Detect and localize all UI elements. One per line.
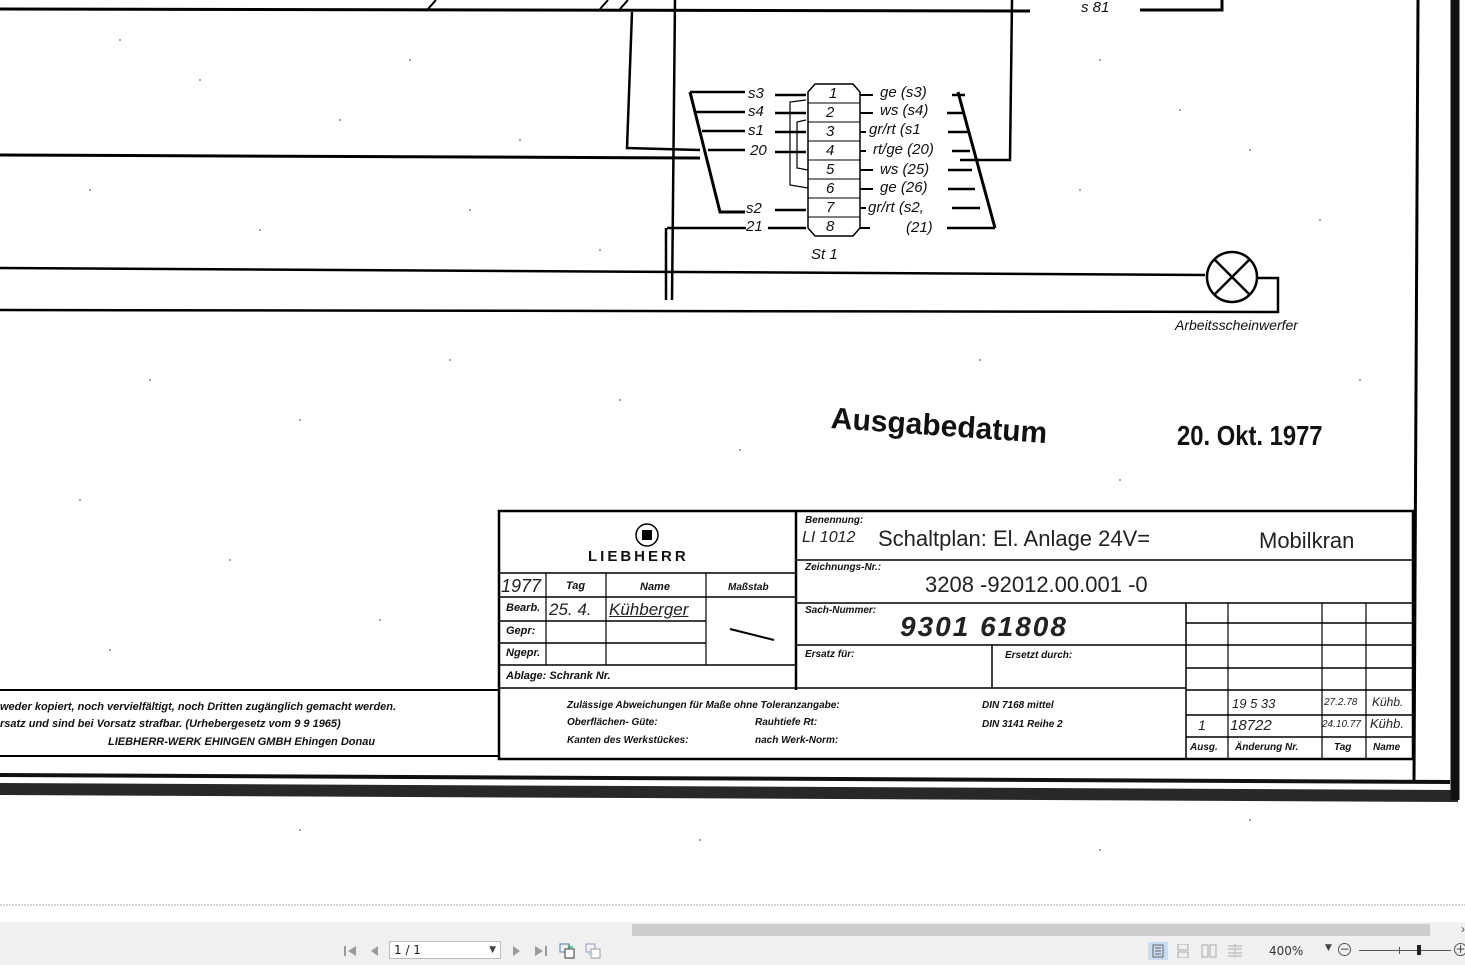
top-wire-label: s 81	[1081, 0, 1109, 15]
plus-icon: +	[1455, 942, 1465, 956]
wire-label: s3	[748, 86, 764, 101]
wire-label: 20	[750, 143, 767, 158]
next-page-icon	[512, 945, 522, 957]
next-view-button[interactable]	[584, 942, 602, 960]
schematic-drawing	[0, 0, 1465, 922]
pin-number: 2	[826, 105, 834, 120]
pin-number: 7	[826, 200, 834, 215]
horizontal-scrollbar[interactable]: ›	[0, 922, 1465, 937]
wire-color-label: gr/rt (s1	[869, 122, 921, 137]
scroll-right-arrow-icon[interactable]: ›	[1461, 922, 1465, 936]
stamp-date: 20. Okt. 1977	[1177, 422, 1323, 450]
scrollbar-thumb[interactable]	[632, 924, 1430, 936]
tolerance-value-1: DIN 7168 mittel	[982, 701, 1054, 711]
single-page-view-button[interactable]	[1148, 942, 1168, 960]
single-page-icon	[1152, 944, 1164, 958]
revision-name: Kühb.	[1370, 717, 1404, 730]
ablage: Ablage: Schrank Nr.	[506, 671, 611, 682]
revision-number: 19 5 33	[1232, 697, 1275, 710]
benennung-model: LI 1012	[802, 530, 855, 546]
status-bar: 1 / 1 ▼ 400% ▼ − +	[0, 937, 1465, 965]
next-page-button[interactable]	[510, 942, 524, 960]
revision-ausg: 1	[1198, 718, 1206, 732]
benennung-value: Schaltplan: El. Anlage 24V=	[878, 528, 1150, 550]
rev-header-aenderung: Änderung Nr.	[1235, 743, 1298, 753]
zoom-level[interactable]: 400%	[1269, 944, 1303, 958]
ersetzt-durch: Ersetzt durch:	[1005, 651, 1072, 661]
bearb-date: 25. 4.	[549, 601, 592, 618]
company-logo: LIEBHERR	[588, 549, 689, 564]
wire-label: s4	[748, 104, 764, 119]
ersatz-fuer: Ersatz für:	[805, 650, 854, 660]
row-gepr: Gepr:	[506, 626, 535, 637]
dropdown-caret-icon: ▼	[489, 942, 496, 958]
zeichnungs-label: Zeichnungs-Nr.:	[805, 563, 881, 573]
tolerance-value-2: DIN 3141 Reihe 2	[982, 720, 1063, 730]
tolerance-line-2: Oberflächen- Güte:	[567, 718, 658, 728]
wire-color-label: (21)	[906, 220, 933, 235]
wire-label: s2	[746, 201, 762, 216]
last-page-icon	[534, 945, 548, 957]
zoom-dropdown-icon[interactable]: ▼	[1325, 943, 1332, 953]
zeichnungs-number: 3208 -92012.00.001 -0	[925, 574, 1148, 596]
zoom-out-button[interactable]: −	[1338, 943, 1351, 956]
minus-icon: −	[1339, 942, 1349, 956]
first-page-icon	[343, 945, 357, 957]
rev-header-tag: Tag	[1334, 743, 1351, 753]
col-name: Name	[640, 582, 670, 593]
last-page-button[interactable]	[533, 942, 549, 960]
wire-color-label: rt/ge (20)	[873, 142, 934, 157]
sach-number: 9301 61808	[900, 613, 1068, 641]
slider-tick	[1399, 947, 1400, 954]
col-tag: Tag	[566, 581, 585, 592]
continuous-view-button[interactable]	[1173, 942, 1193, 960]
previous-view-icon	[559, 943, 575, 959]
zoom-slider[interactable]	[1359, 950, 1451, 951]
page-number-select[interactable]: 1 / 1 ▼	[389, 941, 501, 959]
previous-page-button[interactable]	[367, 942, 381, 960]
zoom-in-button[interactable]: +	[1454, 943, 1465, 956]
pin-number: 6	[826, 181, 834, 196]
benennung-label: Benennung:	[805, 516, 863, 526]
continuous-facing-icon	[1227, 944, 1243, 958]
pin-number: 3	[826, 124, 834, 139]
pin-number: 1	[829, 86, 837, 101]
tolerance-mid-2: Rauhtiefe Rt:	[755, 718, 817, 728]
previous-page-icon	[369, 945, 379, 957]
row-ngepr: Ngepr.	[506, 648, 540, 659]
pin-number: 4	[826, 143, 834, 158]
lamp-label: Arbeitsscheinwerfer	[1175, 318, 1298, 332]
rev-header-name: Name	[1373, 743, 1400, 753]
continuous-page-icon	[1177, 944, 1189, 958]
col-scale: Maßstab	[728, 583, 769, 593]
document-viewport[interactable]: s 81 s3 s4 s1 20 s2 21 1 2 3 4 5 6 7 8 S…	[0, 0, 1465, 922]
revision-number: 18722	[1230, 718, 1272, 733]
wire-color-label: ge (s3)	[880, 85, 927, 100]
rev-header-ausg: Ausg.	[1190, 743, 1218, 753]
previous-view-button[interactable]	[558, 942, 576, 960]
facing-view-button[interactable]	[1199, 942, 1219, 960]
pin-number: 8	[826, 219, 834, 234]
wire-label: 21	[746, 219, 763, 234]
connector-name: St 1	[811, 247, 838, 262]
sach-label: Sach-Nummer:	[805, 606, 876, 616]
revision-name: Kühb.	[1372, 696, 1403, 708]
pin-number: 5	[826, 162, 834, 177]
copyright-line: weder kopiert, noch vervielfältigt, noch…	[0, 702, 396, 713]
wire-color-label: ws (25)	[880, 162, 929, 177]
first-page-button[interactable]	[342, 942, 358, 960]
copyright-line: LIEBHERR-WERK EHINGEN GMBH Ehingen Donau	[108, 737, 375, 748]
continuous-facing-view-button[interactable]	[1225, 942, 1245, 960]
wire-label: s1	[748, 123, 764, 138]
facing-pages-icon	[1201, 944, 1217, 958]
copyright-line: rsatz und sind bei Vorsatz strafbar. (Ur…	[0, 719, 341, 730]
bearb-name: Kühberger	[609, 601, 688, 618]
page-number-value: 1 / 1	[394, 943, 421, 957]
tolerance-line-1: Zulässige Abweichungen für Maße ohne Tol…	[567, 701, 840, 711]
tolerance-mid-3: nach Werk-Norm:	[755, 736, 838, 746]
benennung-type: Mobilkran	[1259, 530, 1354, 552]
next-view-icon	[585, 943, 601, 959]
slider-knob[interactable]	[1417, 945, 1421, 955]
tolerance-line-3: Kanten des Werkstückes:	[567, 736, 689, 746]
wire-color-label: gr/rt (s2,	[868, 200, 924, 215]
year: 1977	[501, 577, 541, 595]
wire-color-label: ws (s4)	[880, 103, 928, 118]
revision-date: 27.2.78	[1324, 698, 1357, 708]
row-bearb: Bearb.	[506, 603, 540, 614]
revision-date: 24.10.77	[1322, 720, 1361, 730]
wire-color-label: ge (26)	[880, 180, 928, 195]
